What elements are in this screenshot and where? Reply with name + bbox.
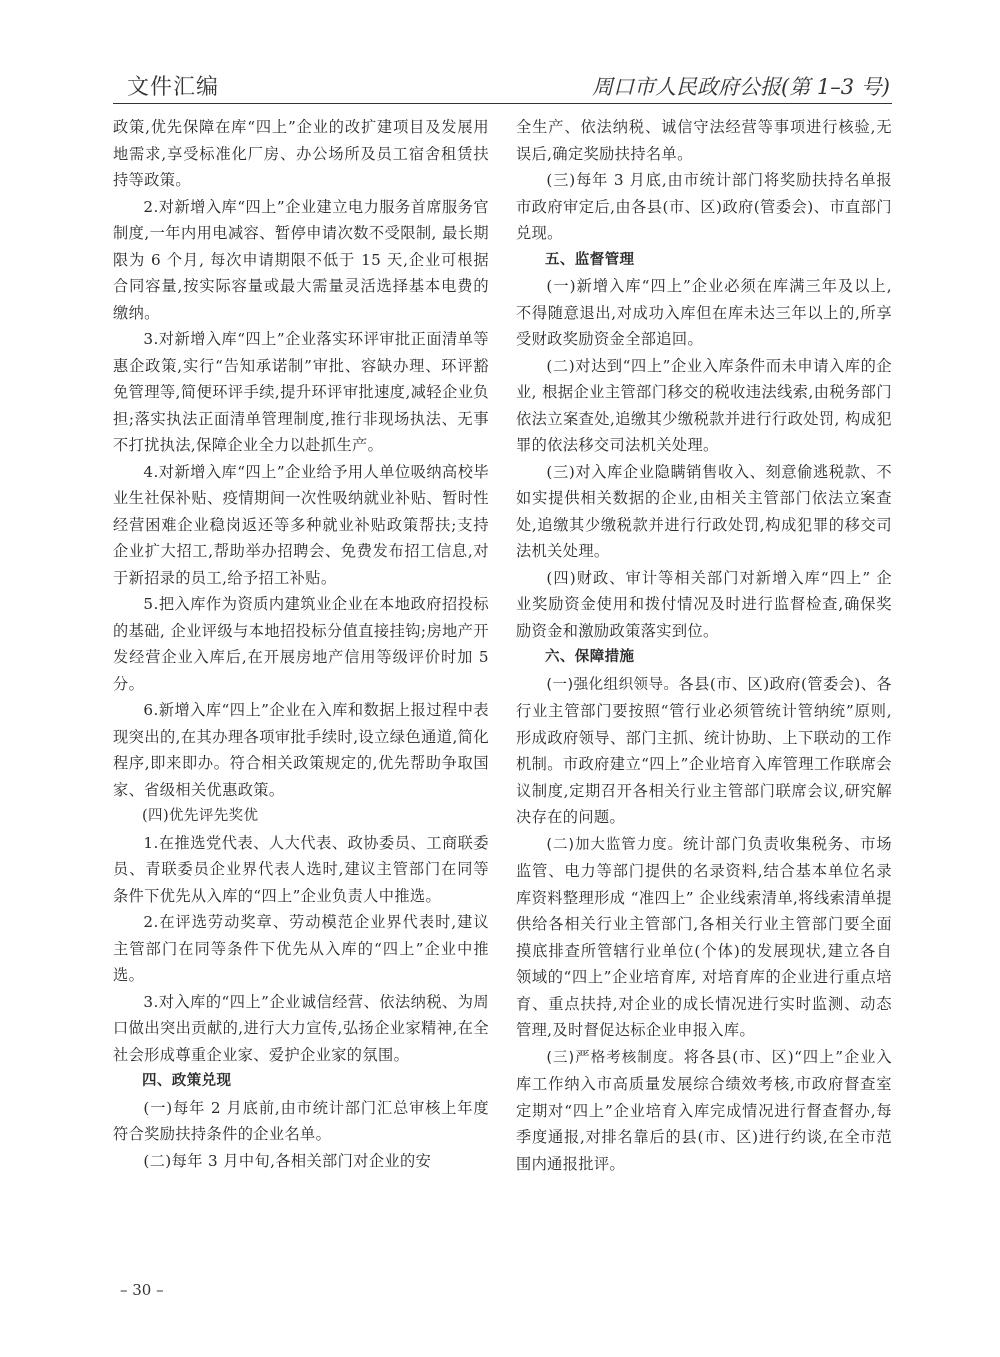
paragraph: 全生产、依法纳税、诚信守法经营等事项进行核验,无误后,确定奖励扶持名单。 bbox=[516, 114, 892, 167]
paragraph-lead: (二)加大监管力度。 bbox=[546, 837, 683, 853]
paragraph: (二)加大监管力度。统计部门负责收集税务、市场监管、电力等部门提供的名录资料,结… bbox=[516, 831, 892, 1044]
paragraph: 1.在推选党代表、人大代表、政协委员、工商联委员、青联委员企业界代表人选时,建议… bbox=[113, 830, 489, 910]
paragraph: (二)对达到“四上”企业入库条件而未申请入库的企业, 根据企业主管部门移交的税收… bbox=[516, 353, 892, 459]
paragraph-lead: (三)严格考核制度。 bbox=[546, 1050, 683, 1066]
paragraph: 政策,优先保障在库“四上”企业的改扩建项目及发展用地需求,享受标准化厂房、办公场… bbox=[113, 114, 489, 194]
paragraph: (二)每年 3 月中旬,各相关部门对企业的安 bbox=[113, 1148, 489, 1175]
paragraph: (三)对入库企业隐瞒销售收入、刻意偷逃税款、不如实提供相关数据的企业,由相关主管… bbox=[516, 459, 892, 565]
paragraph-body: 将各县(市、区)“四上”企业入库工作纳入市高质量发展综合绩效考核,市政府督查室定… bbox=[516, 1048, 892, 1173]
paragraph: (三)每年 3 月底,由市统计部门将奖励扶持名单报市政府审定后,由各县(市、区)… bbox=[516, 167, 892, 247]
paragraph: 3.对新增入库“四上”企业落实环评审批正面清单等惠企政策,实行“告知承诺制”审批… bbox=[113, 326, 489, 459]
subsection-heading: (四)优先评先奖优 bbox=[113, 803, 489, 830]
paragraph: 2.对新增入库“四上”企业建立电力服务首席服务官制度,一年内用电减容、暂停申请次… bbox=[113, 194, 489, 327]
paragraph: 2.在评选劳动奖章、劳动模范企业界代表时,建议主管部门在同等条件下优先从入库的“… bbox=[113, 909, 489, 989]
paragraph: 5.把入库作为资质内建筑业企业在本地政府招投标的基础, 企业评级与本地招投标分值… bbox=[113, 591, 489, 697]
page-number: – 30 – bbox=[120, 1281, 164, 1299]
left-column: 政策,优先保障在库“四上”企业的改扩建项目及发展用地需求,享受标准化厂房、办公场… bbox=[113, 114, 489, 1174]
paragraph: 6.新增入库“四上”企业在入库和数据上报过程中表现突出的,在其办理各项审批手续时… bbox=[113, 697, 489, 803]
section-heading: 四、政策兑现 bbox=[113, 1068, 489, 1095]
paragraph: (三)严格考核制度。将各县(市、区)“四上”企业入库工作纳入市高质量发展综合绩效… bbox=[516, 1044, 892, 1178]
paragraph-lead: (一)强化组织领导。 bbox=[546, 677, 678, 693]
paragraph-body: 统计部门负责收集税务、市场监管、电力等部门提供的名录资料,结合基本单位名录库资料… bbox=[516, 835, 892, 1040]
right-column: 全生产、依法纳税、诚信守法经营等事项进行核验,无误后,确定奖励扶持名单。 (三)… bbox=[516, 114, 892, 1177]
paragraph: (一)强化组织领导。各县(市、区)政府(管委会)、各行业主管部门要按照“管行业必… bbox=[516, 671, 892, 831]
section-heading: 六、保障措施 bbox=[516, 644, 892, 671]
page-header: 文件汇编 周口市人民政府公报(第 1–3 号) bbox=[113, 70, 892, 104]
paragraph: (一)新增入库“四上”企业必须在库满三年及以上,不得随意退出,对成功入库但在库未… bbox=[516, 273, 892, 353]
publication-title: 周口市人民政府公报(第 1–3 号) bbox=[592, 71, 890, 101]
paragraph: (一)每年 2 月底前,由市统计部门汇总审核上年度符合奖励扶持条件的企业名单。 bbox=[113, 1095, 489, 1148]
paragraph: (四)财政、审计等相关部门对新增入库“四上” 企业奖励资金使用和拨付情况及时进行… bbox=[516, 565, 892, 645]
paragraph: 4.对新增入库“四上”企业给予用人单位吸纳高校毕业生社保补贴、疫情期间一次性吸纳… bbox=[113, 459, 489, 592]
section-title: 文件汇编 bbox=[127, 70, 219, 101]
paragraph: 3.对入库的“四上”企业诚信经营、依法纳税、为周口做出突出贡献的,进行大力宣传,… bbox=[113, 989, 489, 1069]
paragraph-body: 各县(市、区)政府(管委会)、各行业主管部门要按照“管行业必须管统计管纳统”原则… bbox=[516, 675, 892, 827]
section-heading: 五、监督管理 bbox=[516, 247, 892, 274]
